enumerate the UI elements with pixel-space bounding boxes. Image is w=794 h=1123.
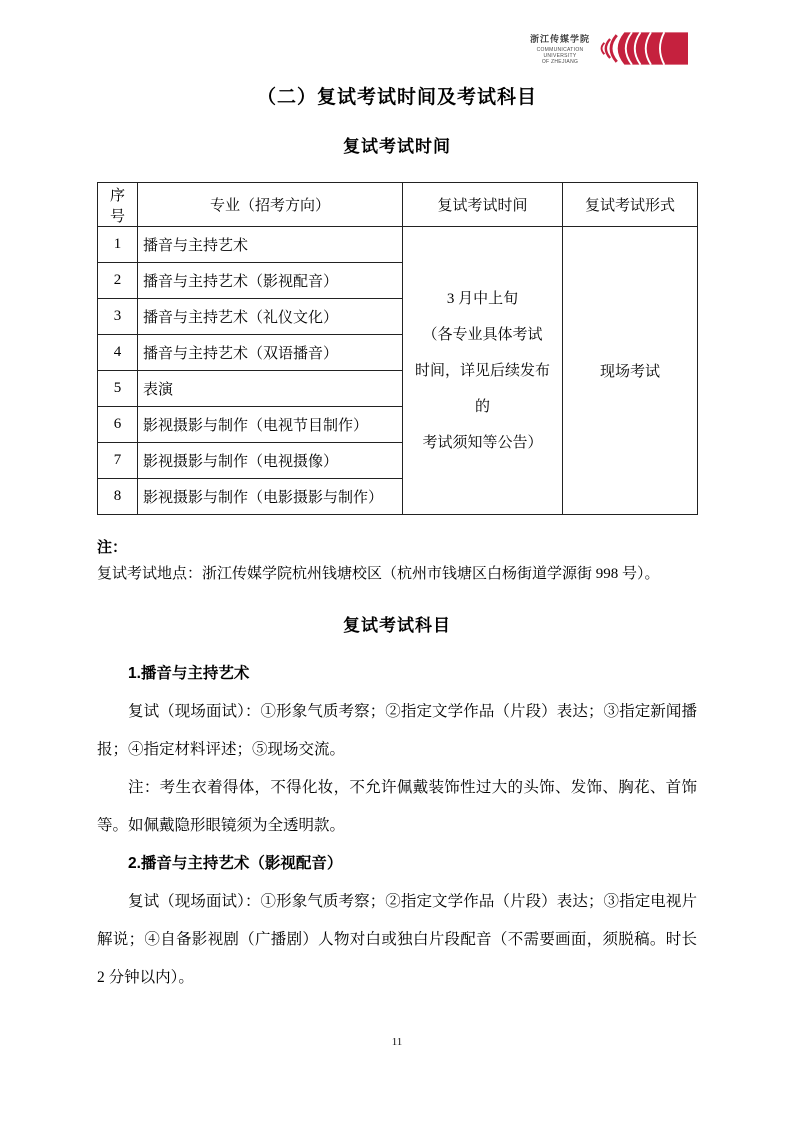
row-no: 4	[98, 335, 138, 371]
row-no: 3	[98, 299, 138, 335]
header-form: 复试考试形式	[563, 183, 698, 227]
university-logo: 浙江传媒学院 COMMUNICATION UNIVERSITY OF ZHEJI…	[530, 30, 688, 67]
row-no: 1	[98, 227, 138, 263]
row-major: 播音与主持艺术（双语播音）	[138, 335, 403, 371]
header-major: 专业（招考方向）	[138, 183, 403, 227]
row-major: 影视摄影与制作（电影摄影与制作）	[138, 479, 403, 515]
row-major: 播音与主持艺术	[138, 227, 403, 263]
row-no: 7	[98, 443, 138, 479]
table-row: 1 播音与主持艺术 3 月中上旬 （各专业具体考试 时间，详见后续发布的 考试须…	[98, 227, 698, 263]
logo-text-block: 浙江传媒学院 COMMUNICATION UNIVERSITY OF ZHEJI…	[530, 32, 590, 65]
exam-time-line: 3 月中上旬	[408, 281, 557, 317]
retest-subjects-subtitle: 复试考试科目	[97, 615, 697, 637]
exam-form-cell: 现场考试	[563, 227, 698, 515]
logo-en-name: COMMUNICATION UNIVERSITY OF ZHEJIANG	[537, 47, 584, 65]
retest-time-subtitle: 复试考试时间	[97, 136, 697, 158]
subject-paragraph: 复试（现场面试）：①形象气质考察；②指定文学作品（片段）表达；③指定电视片解说；…	[97, 883, 697, 997]
exam-location-note: 复试考试地点：浙江传媒学院杭州钱塘校区（杭州市钱塘区白杨街道学源街 998 号）…	[97, 561, 697, 587]
retest-time-table: 序号 专业（招考方向） 复试考试时间 复试考试形式 1 播音与主持艺术 3 月中…	[97, 182, 698, 515]
subject-note-paragraph: 注：考生衣着得体，不得化妆，不允许佩戴装饰性过大的头饰、发饰、胸花、首饰等。如佩…	[97, 769, 697, 845]
row-major: 表演	[138, 371, 403, 407]
exam-time-line: （各专业具体考试	[408, 317, 557, 353]
logo-wave-icon	[593, 30, 688, 67]
row-no: 8	[98, 479, 138, 515]
section-title: （二）复试考试时间及考试科目	[97, 86, 697, 110]
page-content: （二）复试考试时间及考试科目 复试考试时间 序号 专业（招考方向） 复试考试时间…	[0, 86, 794, 997]
logo-cn-name: 浙江传媒学院	[530, 32, 590, 45]
table-header-row: 序号 专业（招考方向） 复试考试时间 复试考试形式	[98, 183, 698, 227]
row-major: 播音与主持艺术（礼仪文化）	[138, 299, 403, 335]
exam-time-line: 时间，详见后续发布的	[408, 353, 557, 425]
document-page: 浙江传媒学院 COMMUNICATION UNIVERSITY OF ZHEJI…	[0, 0, 794, 1123]
exam-time-cell: 3 月中上旬 （各专业具体考试 时间，详见后续发布的 考试须知等公告）	[403, 227, 563, 515]
note-label: 注：	[97, 535, 697, 561]
exam-time-line: 考试须知等公告）	[408, 425, 557, 461]
subject-paragraph: 复试（现场面试）：①形象气质考察；②指定文学作品（片段）表达；③指定新闻播报；④…	[97, 693, 697, 769]
row-major: 影视摄影与制作（电视节目制作）	[138, 407, 403, 443]
page-number: 11	[0, 1036, 794, 1048]
header-time: 复试考试时间	[403, 183, 563, 227]
row-no: 5	[98, 371, 138, 407]
row-major: 播音与主持艺术（影视配音）	[138, 263, 403, 299]
row-major: 影视摄影与制作（电视摄像）	[138, 443, 403, 479]
logo-en-line: OF ZHEJIANG	[537, 59, 584, 65]
row-no: 6	[98, 407, 138, 443]
subject-heading-2: 2.播音与主持艺术（影视配音）	[97, 845, 697, 883]
header-no: 序号	[98, 183, 138, 227]
row-no: 2	[98, 263, 138, 299]
subject-heading-1: 1.播音与主持艺术	[97, 655, 697, 693]
